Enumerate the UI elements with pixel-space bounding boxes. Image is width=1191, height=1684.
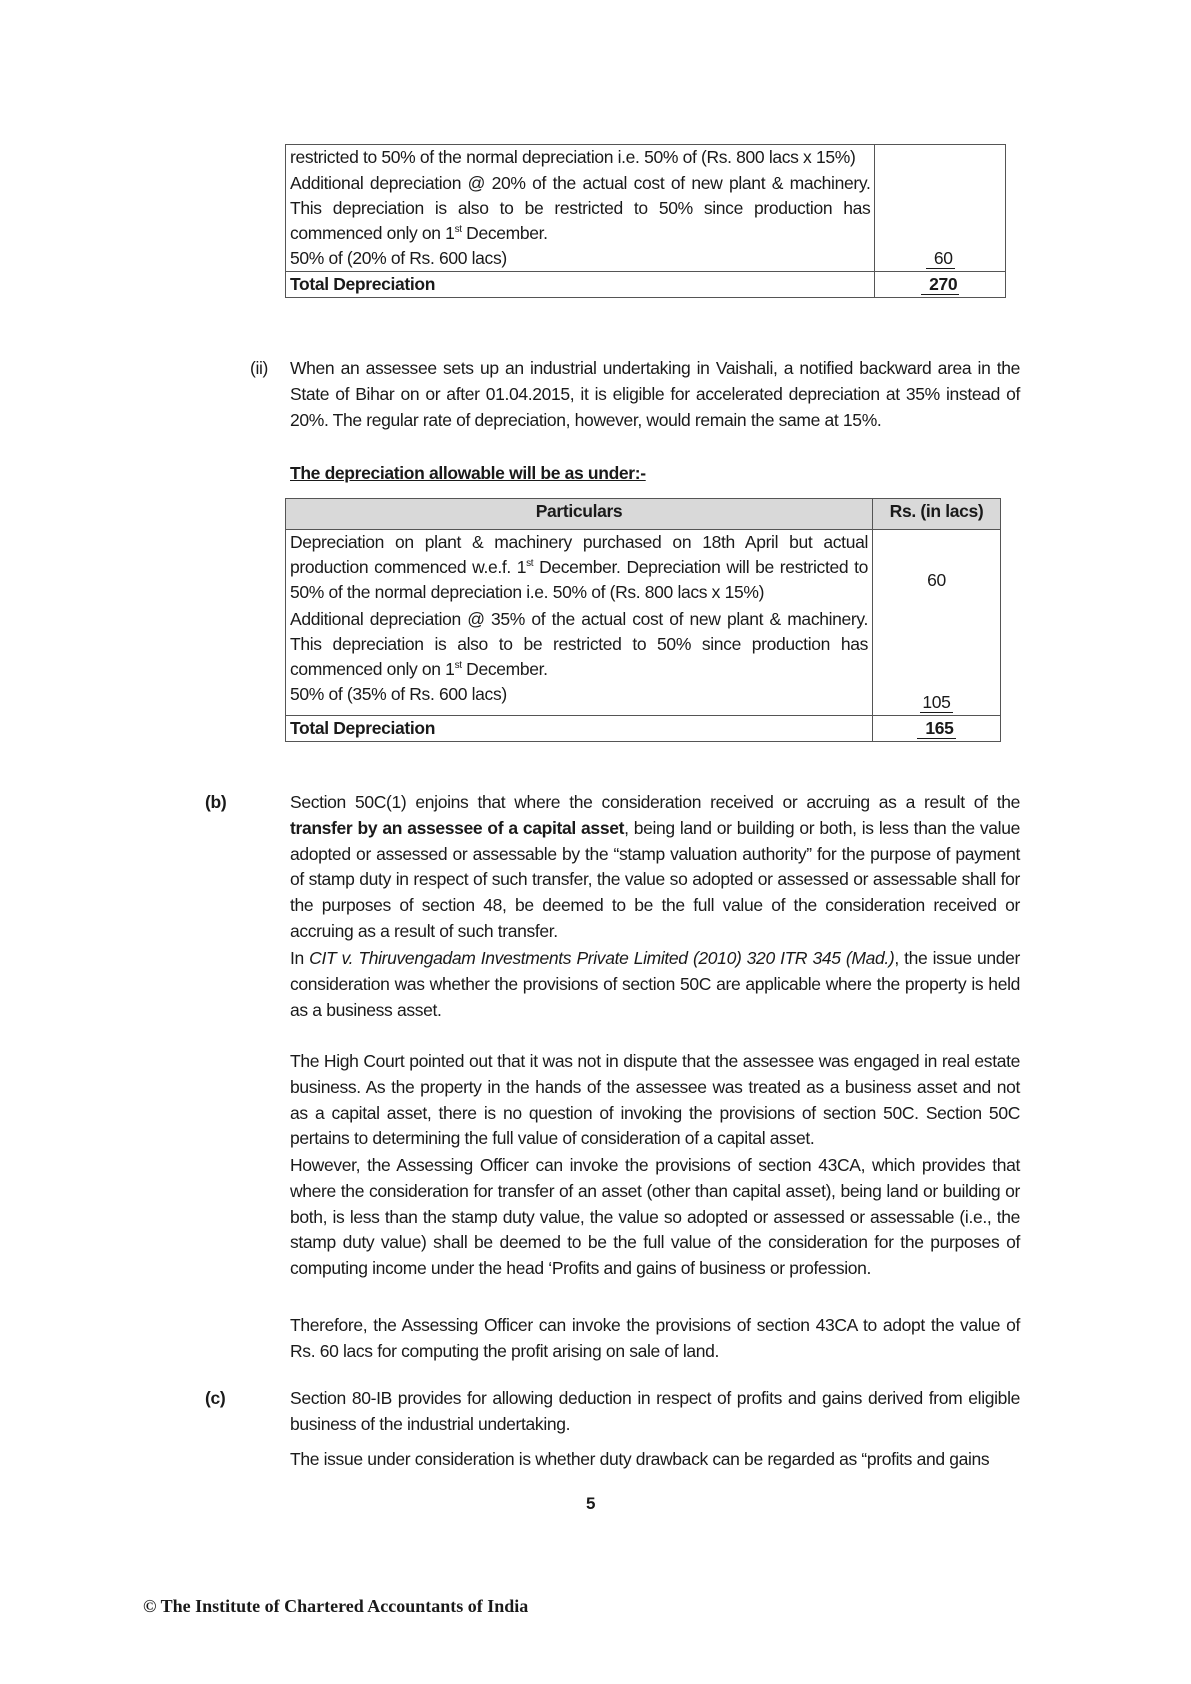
amount-cell: 60 105 — [873, 530, 1001, 716]
particulars-cell: Depreciation on plant & machinery purcha… — [286, 530, 873, 716]
case-citation: CIT v. Thiruvengadam Investments Private… — [309, 948, 894, 968]
total-amount: 165 — [917, 718, 955, 739]
total-label: Total Depreciation — [286, 272, 875, 298]
row-formula: 50% of (20% of Rs. 600 lacs) — [290, 246, 870, 271]
row-text: Additional depreciation @ 20% of the act… — [290, 171, 870, 246]
row-text-part: December. — [462, 223, 548, 243]
emphasis-text: transfer by an assessee of a capital ass… — [290, 818, 624, 838]
copyright-footer: © The Institute of Chartered Accountants… — [143, 1596, 528, 1617]
superscript: st — [455, 224, 462, 235]
superscript: st — [455, 660, 462, 671]
total-label: Total Depreciation — [286, 716, 873, 742]
amount-value: 60 — [926, 248, 955, 269]
amount-value: 60 — [877, 568, 996, 593]
list-marker: (c) — [205, 1386, 225, 1412]
row-formula: 50% of (35% of Rs. 600 lacs) — [290, 682, 868, 707]
total-amount-cell: 165 — [873, 716, 1001, 742]
table-row: Depreciation on plant & machinery purcha… — [286, 530, 1001, 716]
row-text-part: Additional depreciation @ 35% of the act… — [290, 609, 868, 679]
row-text-part: Additional depreciation @ 20% of the act… — [290, 173, 870, 243]
paragraph: In CIT v. Thiruvengadam Investments Priv… — [290, 946, 1020, 1023]
list-marker: (b) — [205, 790, 226, 816]
depreciation-table: Particulars Rs. (in lacs) Depreciation o… — [285, 498, 1001, 742]
row-text-part: December. — [462, 659, 548, 679]
document-page: restricted to 50% of the normal deprecia… — [0, 0, 1191, 1684]
total-amount-cell: 270 — [875, 272, 1006, 298]
section-subheading: The depreciation allowable will be as un… — [290, 463, 646, 484]
paragraph: Section 50C(1) enjoins that where the co… — [290, 790, 1020, 945]
page-number: 5 — [586, 1494, 595, 1514]
total-amount: 270 — [921, 274, 959, 295]
paragraph: Section 80-IB provides for allowing dedu… — [290, 1386, 1020, 1438]
table-header-row: Particulars Rs. (in lacs) — [286, 499, 1001, 530]
amount-cell: 60 — [875, 145, 1006, 272]
text-run: Section 50C(1) enjoins that where the co… — [290, 792, 1020, 812]
paragraph: The issue under consideration is whether… — [290, 1447, 1020, 1473]
paragraph: The High Court pointed out that it was n… — [290, 1049, 1020, 1152]
column-header-amount: Rs. (in lacs) — [873, 499, 1001, 530]
total-row: Total Depreciation 165 — [286, 716, 1001, 742]
row-text: restricted to 50% of the normal deprecia… — [290, 145, 870, 170]
amount-value: 105 — [920, 692, 952, 713]
column-header-particulars: Particulars — [286, 499, 873, 530]
paragraph: When an assessee sets up an industrial u… — [290, 356, 1020, 433]
particulars-cell: restricted to 50% of the normal deprecia… — [286, 145, 875, 272]
depreciation-table-continued: restricted to 50% of the normal deprecia… — [285, 144, 1006, 298]
text-run: In — [290, 948, 309, 968]
paragraph: However, the Assessing Officer can invok… — [290, 1153, 1020, 1282]
table-row: restricted to 50% of the normal deprecia… — [286, 145, 1006, 272]
paragraph: Therefore, the Assessing Officer can inv… — [290, 1313, 1020, 1365]
total-row: Total Depreciation 270 — [286, 272, 1006, 298]
list-marker: (ii) — [250, 356, 268, 382]
